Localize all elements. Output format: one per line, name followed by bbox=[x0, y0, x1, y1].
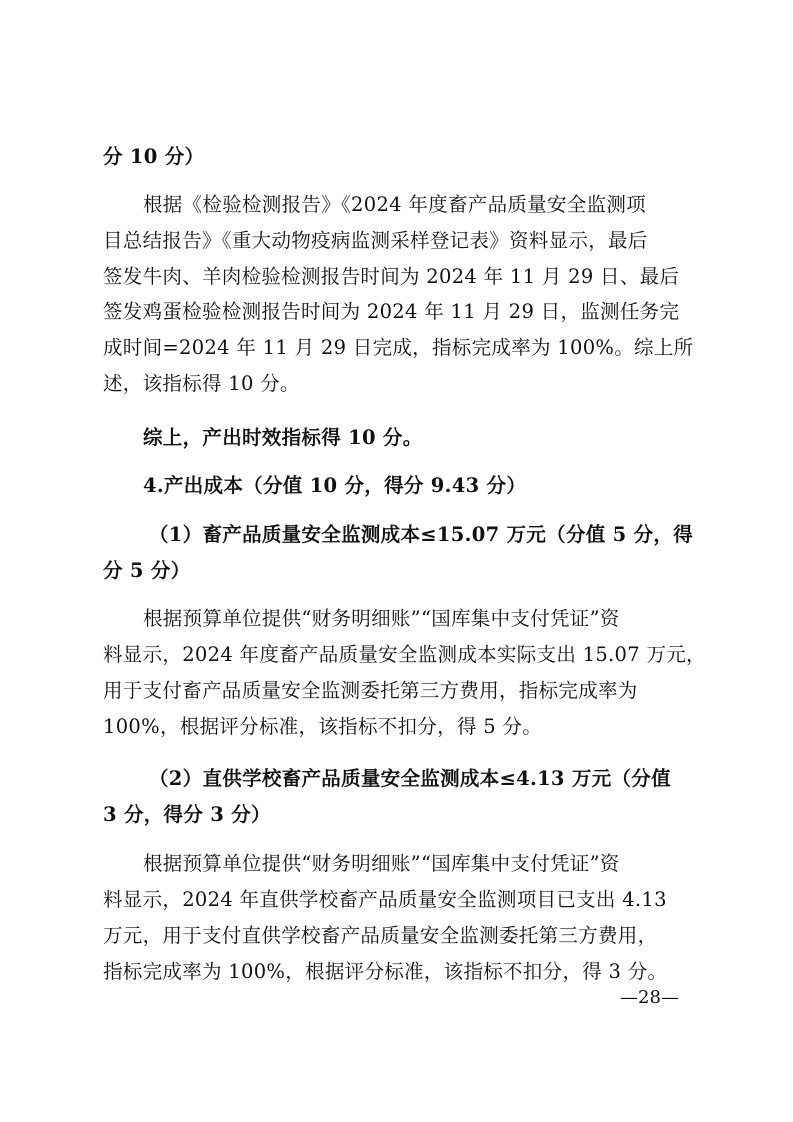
section-heading: 4.产出成本（分值 10 分，得分 9.43 分） bbox=[103, 471, 691, 501]
subsection-heading: （2）直供学校畜产品质量安全监测成本≤4.13 万元（分值 bbox=[103, 764, 691, 794]
paragraph-line: 万元，用于支付直供学校畜产品质量安全监测委托第三方费用， bbox=[103, 921, 691, 951]
summary-heading: 综上，产出时效指标得 10 分。 bbox=[103, 423, 691, 453]
paragraph-line: 用于支付畜产品质量安全监测委托第三方费用，指标完成率为 bbox=[103, 676, 691, 706]
page-number: —28— bbox=[620, 987, 679, 1008]
paragraph-line: 根据预算单位提供“财务明细账”“国库集中支付凭证”资 bbox=[103, 849, 691, 879]
heading-continuation: 分 10 分） bbox=[103, 142, 691, 172]
paragraph-line: 100%，根据评分标准，该指标不扣分，得 5 分。 bbox=[103, 712, 691, 742]
paragraph-line: 签发牛肉、羊肉检验检测报告时间为 2024 年 11 月 29 日、最后 bbox=[103, 262, 691, 292]
paragraph-line: 料显示，2024 年直供学校畜产品质量安全监测项目已支出 4.13 bbox=[103, 885, 691, 915]
paragraph-line: 成时间=2024 年 11 月 29 日完成，指标完成率为 100%。综上所 bbox=[103, 333, 691, 363]
paragraph-line: 目总结报告》《重大动物疫病监测采样登记表》资料显示，最后 bbox=[103, 226, 691, 256]
paragraph-line: 签发鸡蛋检验检测报告时间为 2024 年 11 月 29 日，监测任务完 bbox=[103, 297, 691, 327]
paragraph-line: 根据预算单位提供“财务明细账”“国库集中支付凭证”资 bbox=[103, 604, 691, 634]
subsection-heading: （1）畜产品质量安全监测成本≤15.07 万元（分值 5 分，得 bbox=[103, 520, 691, 550]
subsection-heading-cont: 3 分，得分 3 分） bbox=[103, 800, 691, 830]
paragraph-line: 根据《检验检测报告》《2024 年度畜产品质量安全监测项 bbox=[103, 190, 691, 220]
paragraph-line: 料显示，2024 年度畜产品质量安全监测成本实际支出 15.07 万元， bbox=[103, 640, 691, 670]
subsection-heading-cont: 分 5 分） bbox=[103, 556, 691, 586]
paragraph-line: 指标完成率为 100%，根据评分标准，该指标不扣分，得 3 分。 bbox=[103, 957, 691, 987]
paragraph-line: 述，该指标得 10 分。 bbox=[103, 369, 691, 399]
